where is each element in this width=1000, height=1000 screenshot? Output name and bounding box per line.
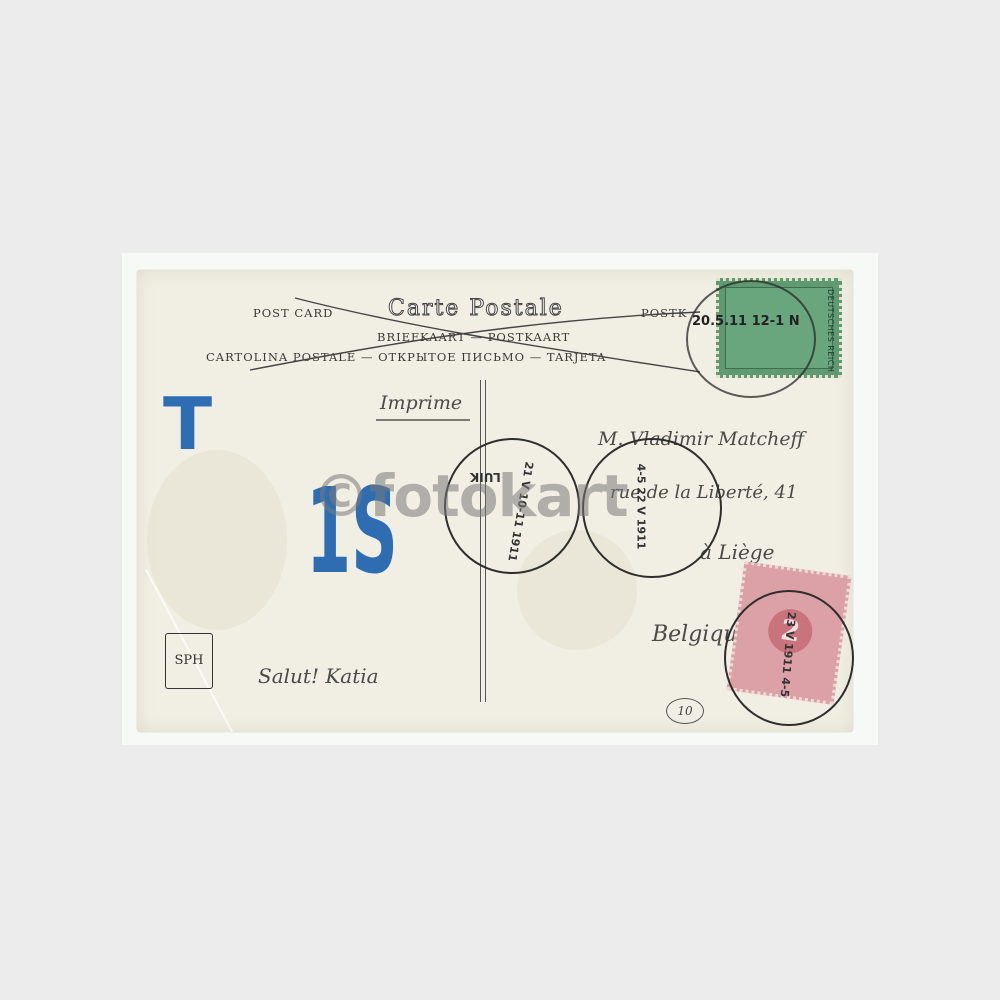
postmark-leipzig-date: 20.5.11 12-1 N: [692, 314, 800, 329]
postmark-liege-middle-date: 4-5 22 V 1911: [634, 464, 647, 550]
circled-number: 10: [666, 698, 704, 724]
blue-tax-mark: T: [163, 382, 212, 466]
postmark-leipzig: [686, 280, 816, 398]
handwriting-imprime: Imprime: [380, 392, 462, 414]
stamp-label: DEUTSCHES REICH: [826, 289, 835, 372]
publisher-logo: SPH: [165, 633, 213, 689]
handwriting-greeting: Salut! Katia: [258, 664, 379, 688]
watermark: ©fotokart: [312, 462, 628, 530]
